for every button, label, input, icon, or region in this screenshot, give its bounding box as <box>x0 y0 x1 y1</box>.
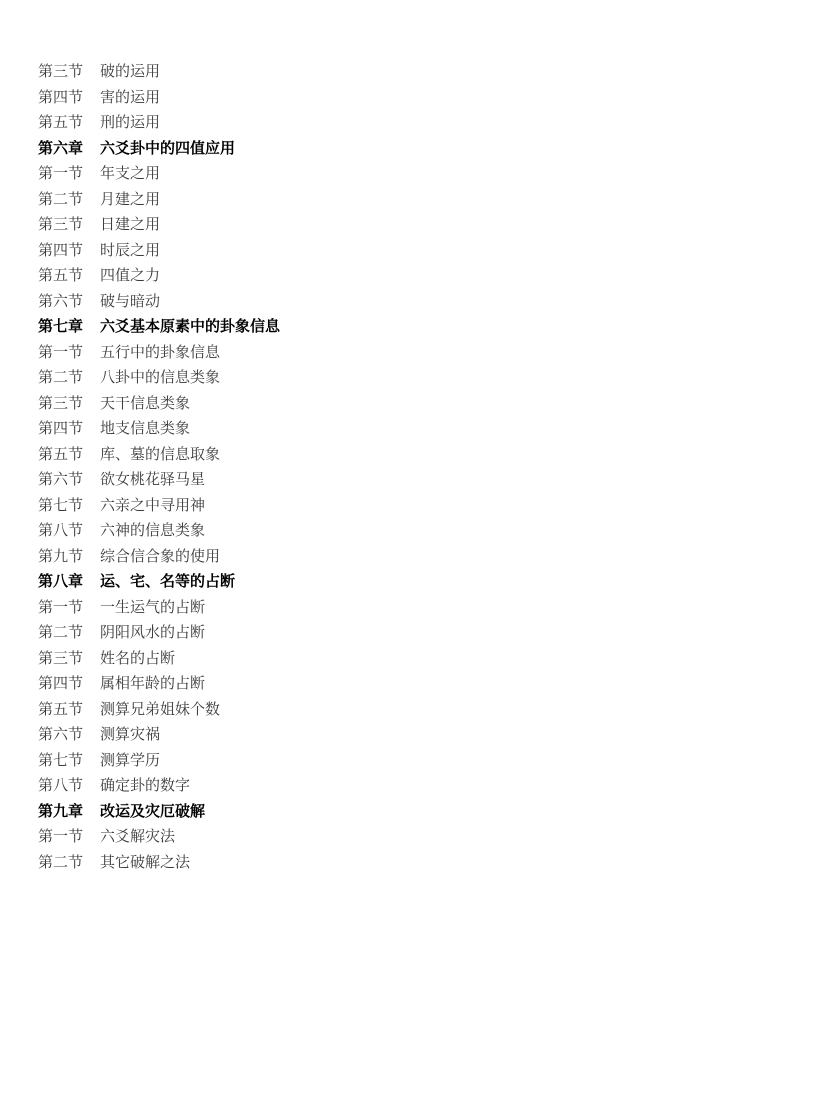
toc-entry-number: 第五节 <box>38 443 100 469</box>
toc-chapter-entry: 第七章六爻基本原素中的卦象信息 <box>38 315 280 341</box>
toc-entry-number: 第一节 <box>38 341 100 367</box>
toc-entry-title: 年支之用 <box>100 162 160 188</box>
toc-entry-number: 第三节 <box>38 60 100 86</box>
toc-entry-number: 第一节 <box>38 825 100 851</box>
toc-section-entry: 第五节测算兄弟姐妹个数 <box>38 698 280 724</box>
toc-entry-title: 四值之力 <box>100 264 160 290</box>
toc-entry-title: 六神的信息类象 <box>100 519 205 545</box>
toc-entry-number: 第二节 <box>38 188 100 214</box>
toc-section-entry: 第二节其它破解之法 <box>38 851 280 877</box>
toc-entry-number: 第二节 <box>38 621 100 647</box>
toc-entry-title: 八卦中的信息类象 <box>100 366 220 392</box>
toc-section-entry: 第五节刑的运用 <box>38 111 280 137</box>
toc-section-entry: 第一节一生运气的占断 <box>38 596 280 622</box>
toc-section-entry: 第八节确定卦的数字 <box>38 774 280 800</box>
toc-entry-number: 第三节 <box>38 392 100 418</box>
toc-section-entry: 第五节四值之力 <box>38 264 280 290</box>
toc-entry-number: 第八章 <box>38 570 100 596</box>
toc-entry-number: 第六节 <box>38 290 100 316</box>
toc-entry-number: 第四节 <box>38 239 100 265</box>
toc-section-entry: 第三节天干信息类象 <box>38 392 280 418</box>
toc-entry-number: 第七章 <box>38 315 100 341</box>
toc-entry-title: 测算灾祸 <box>100 723 160 749</box>
toc-entry-number: 第六节 <box>38 723 100 749</box>
toc-section-entry: 第三节破的运用 <box>38 60 280 86</box>
toc-section-entry: 第二节八卦中的信息类象 <box>38 366 280 392</box>
toc-entry-title: 六爻卦中的四值应用 <box>100 137 235 163</box>
toc-entry-number: 第一节 <box>38 596 100 622</box>
toc-entry-title: 库、墓的信息取象 <box>100 443 220 469</box>
toc-entry-title: 测算学历 <box>100 749 160 775</box>
toc-section-entry: 第三节日建之用 <box>38 213 280 239</box>
toc-entry-title: 五行中的卦象信息 <box>100 341 220 367</box>
toc-section-entry: 第七节六亲之中寻用神 <box>38 494 280 520</box>
toc-section-entry: 第九节综合信合象的使用 <box>38 545 280 571</box>
toc-entry-number: 第五节 <box>38 698 100 724</box>
toc-entry-title: 改运及灾厄破解 <box>100 800 205 826</box>
toc-section-entry: 第四节属相年龄的占断 <box>38 672 280 698</box>
toc-entry-number: 第四节 <box>38 417 100 443</box>
toc-entry-title: 时辰之用 <box>100 239 160 265</box>
table-of-contents: 第三节破的运用第四节害的运用第五节刑的运用第六章六爻卦中的四值应用第一节年支之用… <box>38 60 280 876</box>
toc-entry-number: 第五节 <box>38 111 100 137</box>
toc-entry-title: 刑的运用 <box>100 111 160 137</box>
toc-section-entry: 第二节月建之用 <box>38 188 280 214</box>
toc-chapter-entry: 第八章运、宅、名等的占断 <box>38 570 280 596</box>
toc-entry-title: 月建之用 <box>100 188 160 214</box>
toc-section-entry: 第七节测算学历 <box>38 749 280 775</box>
toc-chapter-entry: 第九章改运及灾厄破解 <box>38 800 280 826</box>
toc-entry-number: 第六节 <box>38 468 100 494</box>
toc-section-entry: 第一节五行中的卦象信息 <box>38 341 280 367</box>
toc-entry-number: 第八节 <box>38 519 100 545</box>
toc-section-entry: 第五节库、墓的信息取象 <box>38 443 280 469</box>
toc-section-entry: 第八节六神的信息类象 <box>38 519 280 545</box>
toc-entry-number: 第五节 <box>38 264 100 290</box>
toc-section-entry: 第六节破与暗动 <box>38 290 280 316</box>
toc-chapter-entry: 第六章六爻卦中的四值应用 <box>38 137 280 163</box>
toc-entry-title: 综合信合象的使用 <box>100 545 220 571</box>
toc-section-entry: 第二节阴阳风水的占断 <box>38 621 280 647</box>
toc-entry-title: 日建之用 <box>100 213 160 239</box>
toc-entry-number: 第四节 <box>38 672 100 698</box>
toc-entry-number: 第七节 <box>38 749 100 775</box>
toc-entry-title: 六爻基本原素中的卦象信息 <box>100 315 280 341</box>
toc-entry-number: 第一节 <box>38 162 100 188</box>
toc-entry-number: 第七节 <box>38 494 100 520</box>
toc-entry-number: 第九节 <box>38 545 100 571</box>
toc-entry-title: 其它破解之法 <box>100 851 190 877</box>
toc-entry-title: 一生运气的占断 <box>100 596 205 622</box>
toc-entry-number: 第四节 <box>38 86 100 112</box>
toc-entry-title: 属相年龄的占断 <box>100 672 205 698</box>
toc-entry-number: 第二节 <box>38 366 100 392</box>
toc-section-entry: 第四节地支信息类象 <box>38 417 280 443</box>
toc-entry-number: 第六章 <box>38 137 100 163</box>
toc-section-entry: 第四节害的运用 <box>38 86 280 112</box>
toc-entry-number: 第三节 <box>38 213 100 239</box>
toc-section-entry: 第四节时辰之用 <box>38 239 280 265</box>
toc-entry-title: 破与暗动 <box>100 290 160 316</box>
toc-entry-title: 测算兄弟姐妹个数 <box>100 698 220 724</box>
toc-section-entry: 第三节姓名的占断 <box>38 647 280 673</box>
toc-entry-number: 第八节 <box>38 774 100 800</box>
toc-section-entry: 第六节欲女桃花驿马星 <box>38 468 280 494</box>
toc-entry-title: 地支信息类象 <box>100 417 190 443</box>
toc-entry-number: 第二节 <box>38 851 100 877</box>
toc-section-entry: 第六节测算灾祸 <box>38 723 280 749</box>
toc-entry-title: 六爻解灾法 <box>100 825 175 851</box>
toc-entry-title: 欲女桃花驿马星 <box>100 468 205 494</box>
toc-section-entry: 第一节六爻解灾法 <box>38 825 280 851</box>
toc-entry-title: 害的运用 <box>100 86 160 112</box>
toc-entry-title: 阴阳风水的占断 <box>100 621 205 647</box>
toc-entry-title: 六亲之中寻用神 <box>100 494 205 520</box>
toc-section-entry: 第一节年支之用 <box>38 162 280 188</box>
toc-entry-title: 确定卦的数字 <box>100 774 190 800</box>
toc-entry-title: 天干信息类象 <box>100 392 190 418</box>
toc-entry-number: 第三节 <box>38 647 100 673</box>
toc-entry-title: 姓名的占断 <box>100 647 175 673</box>
toc-entry-number: 第九章 <box>38 800 100 826</box>
toc-entry-title: 运、宅、名等的占断 <box>100 570 235 596</box>
toc-entry-title: 破的运用 <box>100 60 160 86</box>
